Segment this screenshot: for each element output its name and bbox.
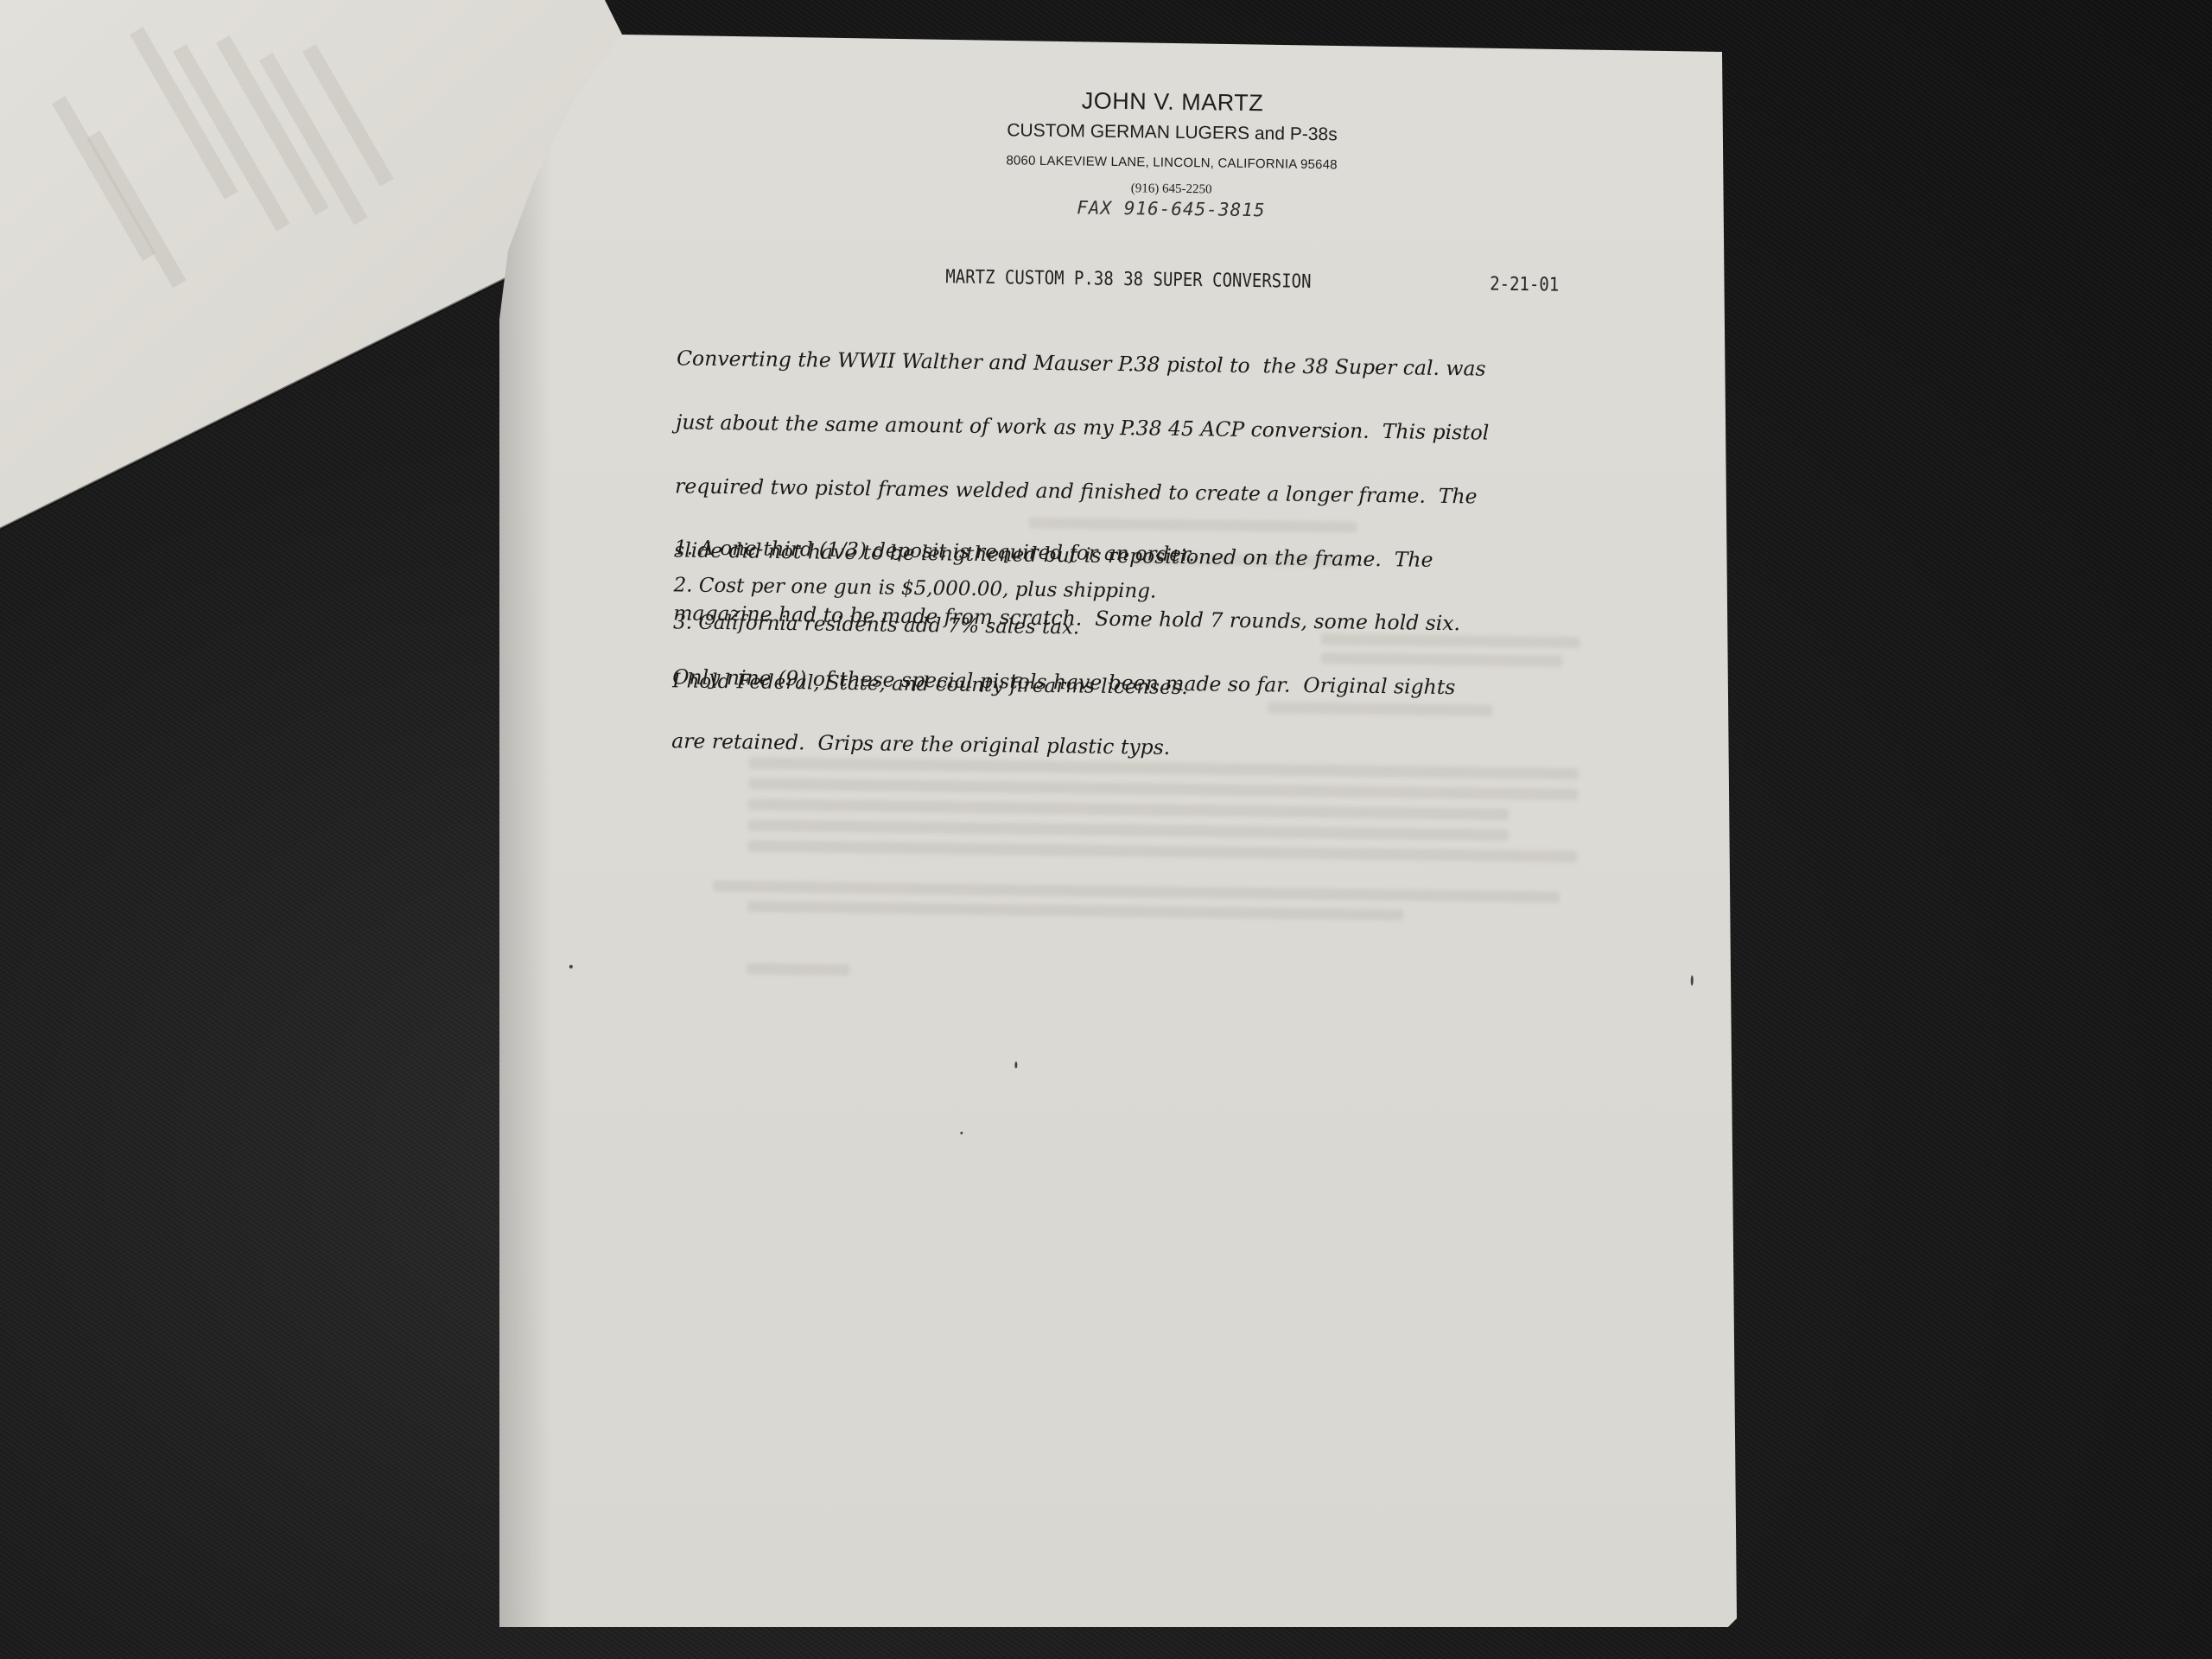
terms-list: 1. A one-third (1/3) deposit is required… xyxy=(673,530,1539,652)
body-line: required two pistol frames welded and fi… xyxy=(675,475,1608,509)
paper-speck xyxy=(1691,976,1694,986)
document-date: 2-21-01 xyxy=(1490,273,1559,296)
document-page: JOHN V. MARTZ CUSTOM GERMAN LUGERS and P… xyxy=(499,35,1737,1627)
letterhead-name: JOHN V. MARTZ xyxy=(913,86,1432,119)
letterhead: JOHN V. MARTZ CUSTOM GERMAN LUGERS and P… xyxy=(912,86,1432,223)
body-line: just about the same amount of work as my… xyxy=(676,411,1609,445)
letterhead-address: 8060 LAKEVIEW LANE, LINCOLN, CALIFORNIA … xyxy=(912,152,1431,174)
letterhead-subtitle: CUSTOM GERMAN LUGERS and P-38s xyxy=(912,119,1431,147)
body-line: are retained. Grips are the original pla… xyxy=(671,730,1605,764)
body-line: Converting the WWII Walther and Mauser P… xyxy=(677,348,1610,382)
paper-speck xyxy=(960,1132,963,1135)
paper-speck xyxy=(569,965,573,969)
